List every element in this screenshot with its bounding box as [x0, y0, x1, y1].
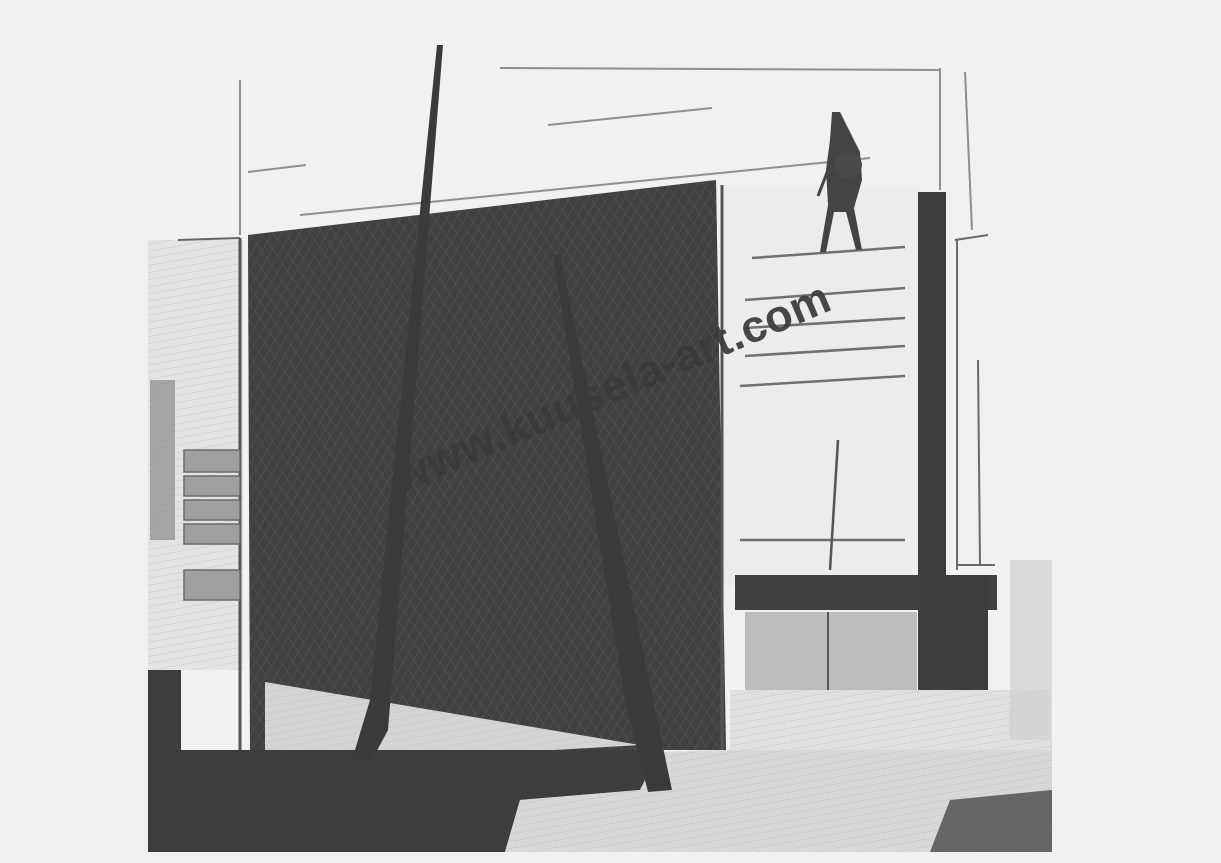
- artwork-canvas: www.kuusela-art.com: [0, 0, 1221, 863]
- etching-image: [0, 0, 1221, 863]
